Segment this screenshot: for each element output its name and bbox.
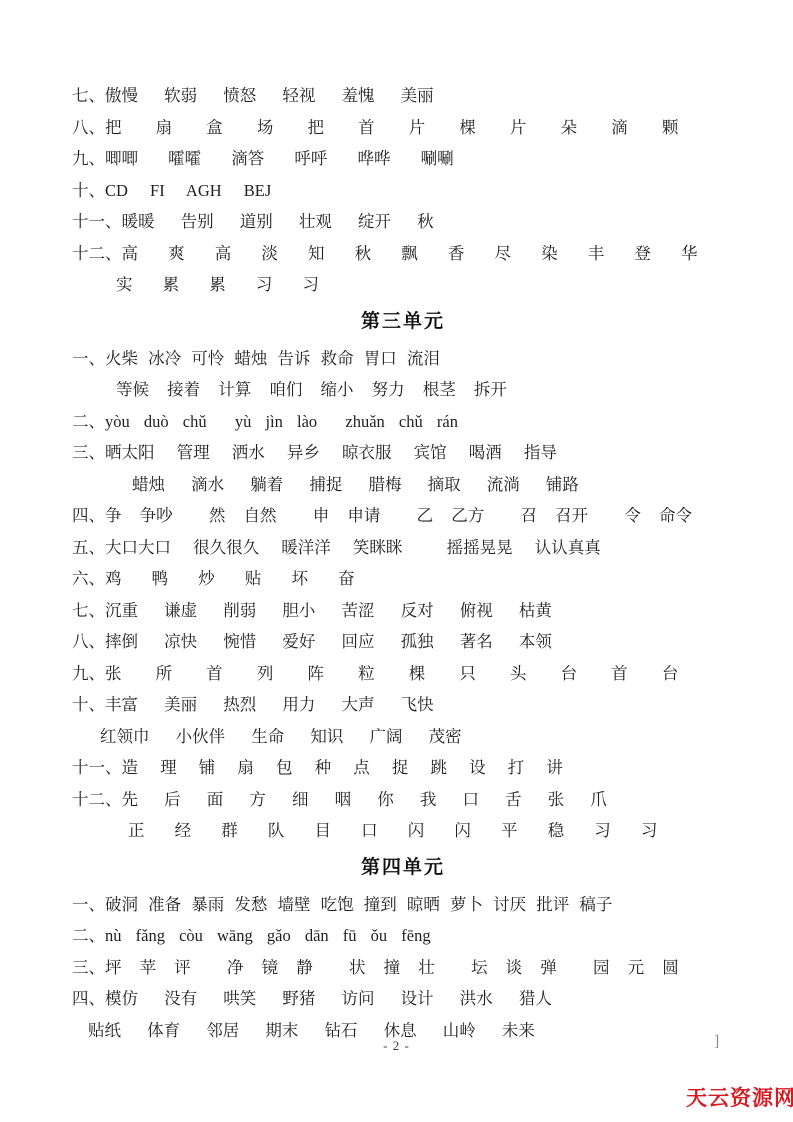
- word-list-line: 十一、造 理 铺 扇 包 种 点 捉 跳 设 打 讲: [72, 752, 734, 784]
- word-list-line: 五、大口大口 很久很久 暖洋洋 笑眯眯 摇摇晃晃 认认真真: [72, 532, 734, 564]
- line-words: 鸡 鸭 炒 贴 坏 奋: [105, 569, 355, 588]
- line-words: 贴纸 体育 邻居 期末 钻石 休息 山岭 未来: [88, 1021, 535, 1040]
- line-words: 造 理 铺 扇 包 种 点 捉 跳 设 打 讲: [122, 758, 563, 777]
- word-list-line: 六、鸡 鸭 炒 贴 坏 奋: [72, 563, 734, 595]
- word-list-continuation-line: 等候 接着 计算 咱们 缩小 努力 根茎 拆开: [72, 374, 734, 406]
- word-list-line: 八、摔倒 凉快 惋惜 爱好 回应 孤独 著名 本领: [72, 626, 734, 658]
- word-list-line: 七、沉重 谦虚 削弱 胆小 苦涩 反对 俯视 枯黄: [72, 595, 734, 627]
- word-list-line: 一、火柴 冰冷 可怜 蜡烛 告诉 救命 胃口 流泪: [72, 343, 734, 375]
- unit-3-heading: 第三单元: [72, 301, 734, 343]
- unit-4-heading: 第四单元: [72, 847, 734, 889]
- word-list-continuation-line: 正 经 群 队 目 口 闪 闪 平 稳 习 习: [72, 815, 734, 847]
- line-number-label: 二、: [72, 412, 105, 431]
- line-number-label: 六、: [72, 569, 105, 588]
- line-words: 破洞 准备 暴雨 发愁 墙壁 吃饱 撞到 晾晒 萝卜 讨厌 批评 稿子: [105, 895, 612, 914]
- line-number-label: 十一、: [72, 758, 122, 777]
- word-list-continuation-line: 蜡烛 滴水 躺着 捕捉 腊梅 摘取 流淌 铺路: [72, 469, 734, 501]
- page-number: - 2 -: [0, 1038, 793, 1054]
- pinyin-line: 二、yòu duò chǔ yù jìn lào zhuǎn chǔ rán: [72, 406, 734, 438]
- word-list-line: 九、张 所 首 列 阵 粒 棵 只 头 台 首 台: [72, 658, 734, 690]
- line-number-label: 四、: [72, 989, 105, 1008]
- line-words: nù fǎng còu wāng gǎo dān fū ǒu fēng: [105, 926, 431, 945]
- line-words: 暖暖 告别 道别 壮观 绽开 秋: [122, 212, 434, 231]
- line-number-label: 三、: [72, 443, 105, 462]
- line-number-label: 八、: [72, 632, 105, 651]
- line-words: 等候 接着 计算 咱们 缩小 努力 根茎 拆开: [116, 380, 507, 399]
- word-list-line: 四、争 争吵 然 自然 申 申请 乙 乙方 召 召开 令 命令: [72, 500, 734, 532]
- word-list-content: 七、傲慢 软弱 愤怒 轻视 羞愧 美丽 八、把 扇 盒 场 把 首 片 棵 片 …: [72, 80, 734, 1046]
- line-words: 丰富 美丽 热烈 用力 大声 飞快: [105, 695, 434, 714]
- line-number-label: 十一、: [72, 212, 122, 231]
- line-number-label: 四、: [72, 506, 105, 525]
- corner-bracket-mark: ]: [714, 1033, 719, 1051]
- line-number-label: 七、: [72, 601, 105, 620]
- line-words: 争 争吵 然 自然 申 申请 乙 乙方 召 召开 令 命令: [105, 506, 692, 525]
- word-list-line: 十、CD FI AGH BEJ: [72, 175, 734, 207]
- line-words: yòu duò chǔ yù jìn lào zhuǎn chǔ rán: [105, 412, 458, 431]
- line-words: 摔倒 凉快 惋惜 爱好 回应 孤独 著名 本领: [105, 632, 552, 651]
- line-words: 张 所 首 列 阵 粒 棵 只 头 台 首 台: [105, 664, 678, 683]
- word-list-continuation-line: 实 累 累 习 习: [72, 269, 734, 301]
- line-number-label: 十二、: [72, 244, 122, 263]
- word-list-continuation-line: 红领巾 小伙伴 生命 知识 广阔 茂密: [72, 721, 734, 753]
- line-number-label: 十、: [72, 181, 105, 200]
- line-number-label: 十二、: [72, 790, 122, 809]
- line-number-label: 九、: [72, 664, 105, 683]
- line-number-label: 三、: [72, 958, 105, 977]
- document-page: 七、傲慢 软弱 愤怒 轻视 羞愧 美丽 八、把 扇 盒 场 把 首 片 棵 片 …: [0, 0, 793, 1122]
- word-list-line: 四、模仿 没有 哄笑 野猪 访问 设计 洪水 猎人: [72, 983, 734, 1015]
- word-list-line: 十、丰富 美丽 热烈 用力 大声 飞快: [72, 689, 734, 721]
- word-list-line: 八、把 扇 盒 场 把 首 片 棵 片 朵 滴 颗: [72, 112, 734, 144]
- line-words: 唧唧 嚯嚯 滴答 呼呼 哗哗 唰唰: [105, 149, 454, 168]
- line-words: 傲慢 软弱 愤怒 轻视 羞愧 美丽: [105, 86, 434, 105]
- line-words: 沉重 谦虚 削弱 胆小 苦涩 反对 俯视 枯黄: [105, 601, 552, 620]
- pinyin-line: 二、nù fǎng còu wāng gǎo dān fū ǒu fēng: [72, 920, 734, 952]
- word-list-line: 十二、先 后 面 方 细 咽 你 我 口 舌 张 爪: [72, 784, 734, 816]
- watermark: 天云资源网: [686, 1082, 793, 1112]
- word-list-line: 十一、暖暖 告别 道别 壮观 绽开 秋: [72, 206, 734, 238]
- line-words: 高 爽 高 淡 知 秋 飘 香 尽 染 丰 登 华: [122, 244, 698, 263]
- line-number-label: 八、: [72, 118, 105, 137]
- word-list-line: 三、坪 苹 评 净 镜 静 状 撞 壮 坛 谈 弹 园 元 圆: [72, 952, 734, 984]
- word-list-line: 七、傲慢 软弱 愤怒 轻视 羞愧 美丽: [72, 80, 734, 112]
- line-words: 把 扇 盒 场 把 首 片 棵 片 朵 滴 颗: [105, 118, 678, 137]
- line-number-label: 二、: [72, 926, 105, 945]
- line-words: 实 累 累 习 习: [116, 275, 319, 294]
- line-words: 红领巾 小伙伴 生命 知识 广阔 茂密: [100, 727, 462, 746]
- line-number-label: 十、: [72, 695, 105, 714]
- line-number-label: 九、: [72, 149, 105, 168]
- line-number-label: 一、: [72, 895, 105, 914]
- line-number-label: 一、: [72, 349, 105, 368]
- line-words: 大口大口 很久很久 暖洋洋 笑眯眯 摇摇晃晃 认认真真: [105, 538, 601, 557]
- line-words: 火柴 冰冷 可怜 蜡烛 告诉 救命 胃口 流泪: [105, 349, 440, 368]
- line-words: 蜡烛 滴水 躺着 捕捉 腊梅 摘取 流淌 铺路: [132, 475, 579, 494]
- line-number-label: 五、: [72, 538, 105, 557]
- line-number-label: 七、: [72, 86, 105, 105]
- line-words: 坪 苹 评 净 镜 静 状 撞 壮 坛 谈 弹 园 元 圆: [105, 958, 679, 977]
- line-words: 晒太阳 管理 洒水 异乡 晾衣服 宾馆 喝酒 指导: [105, 443, 557, 462]
- line-words: CD FI AGH BEJ: [105, 181, 271, 200]
- word-list-line: 一、破洞 准备 暴雨 发愁 墙壁 吃饱 撞到 晾晒 萝卜 讨厌 批评 稿子: [72, 889, 734, 921]
- line-words: 先 后 面 方 细 咽 你 我 口 舌 张 爪: [122, 790, 607, 809]
- line-words: 模仿 没有 哄笑 野猪 访问 设计 洪水 猎人: [105, 989, 552, 1008]
- line-words: 正 经 群 队 目 口 闪 闪 平 稳 习 习: [128, 821, 657, 840]
- word-list-line: 三、晒太阳 管理 洒水 异乡 晾衣服 宾馆 喝酒 指导: [72, 437, 734, 469]
- word-list-line: 九、唧唧 嚯嚯 滴答 呼呼 哗哗 唰唰: [72, 143, 734, 175]
- word-list-line: 十二、高 爽 高 淡 知 秋 飘 香 尽 染 丰 登 华: [72, 238, 734, 270]
